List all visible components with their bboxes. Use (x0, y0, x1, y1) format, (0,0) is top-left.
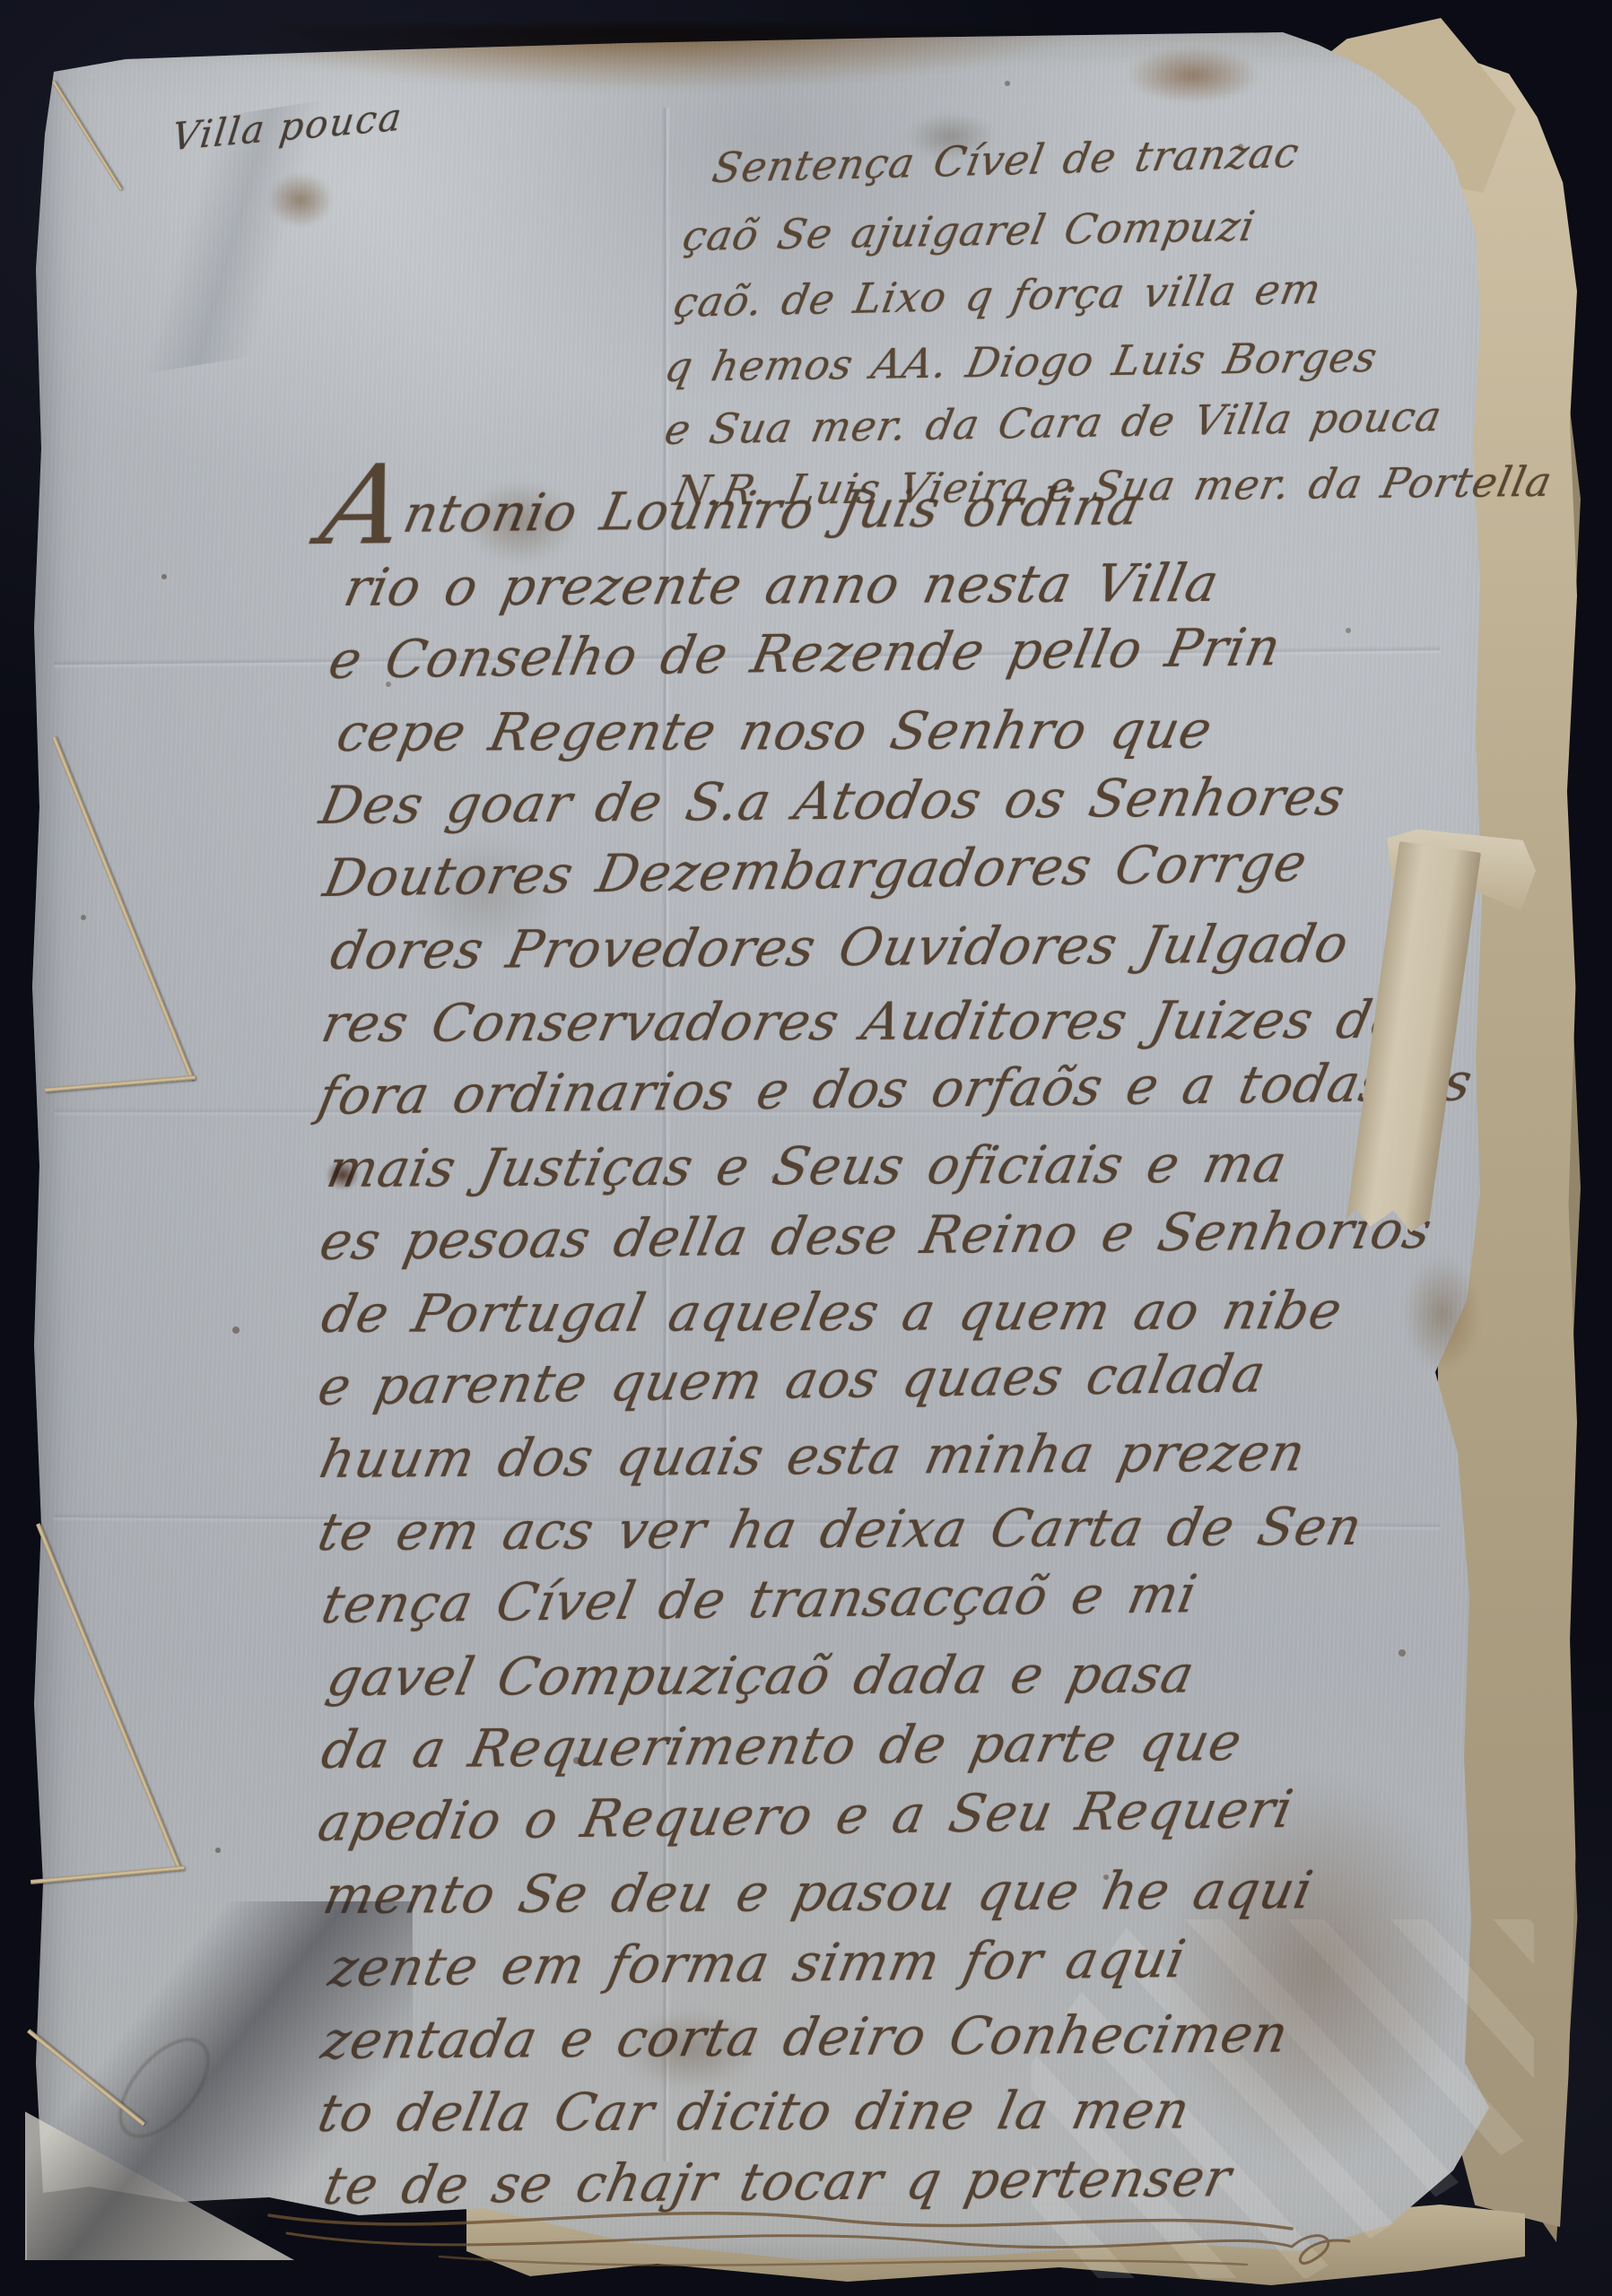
handwritten-line: dores Provedores Ouvidores Julgado (332, 913, 1348, 981)
handwritten-line: rio o prezente anno nesta Villa (345, 552, 1218, 618)
handwritten-line: mento Se deu e pasou que he aqui (325, 1859, 1312, 1926)
ink-flourish (260, 2178, 1364, 2285)
handwritten-line: te em acs ver ha deixa Carta de Sen (319, 1496, 1362, 1562)
handwritten-line: mais Justiças e Seus oficiais e ma (328, 1133, 1286, 1199)
handwritten-line: cepe Regente noso Senhro que (338, 700, 1212, 763)
handwritten-line: da a Requerimento de parte que (323, 1711, 1242, 1780)
photo-background: Villa pouca Sentença Cível de tranzac ça… (0, 0, 1612, 2296)
header-line: q hemos AA. Diogo Luis Borges (666, 333, 1378, 391)
foxing-specks (161, 574, 167, 579)
handwritten-line: huum dos quais esta minha prezen (321, 1422, 1305, 1490)
handwritten-line: de Portugal aqueles a quem ao nibe (323, 1280, 1342, 1344)
handwritten-line: gavel Compuziçaõ dada e pasa (328, 1644, 1194, 1708)
corner-fold-shadow (27, 1901, 413, 2260)
handwritten-line: zentada e corta deiro Conhecimen (323, 2003, 1288, 2071)
handwritten-line: Des goar de S.a Atodos os Senhores (321, 766, 1345, 836)
handwritten-line: to della Car dicito dine la men (319, 2080, 1189, 2144)
header-line: çaõ Se ajuigarel Compuzi (684, 202, 1256, 260)
handwritten-line: Antonio Louniro Juis ordina (325, 475, 1141, 545)
large-initial: A (325, 505, 405, 506)
handwritten-line: zente em forma simm for aqui (330, 1928, 1186, 1998)
handwritten-line: res Conservadores Auditores Juizes de (323, 989, 1404, 1054)
handwritten-line: es pesoas della dese Reino e Senhorios (321, 1199, 1432, 1272)
handwritten-line: tença Cível de transacçaõ e mi (323, 1563, 1198, 1635)
